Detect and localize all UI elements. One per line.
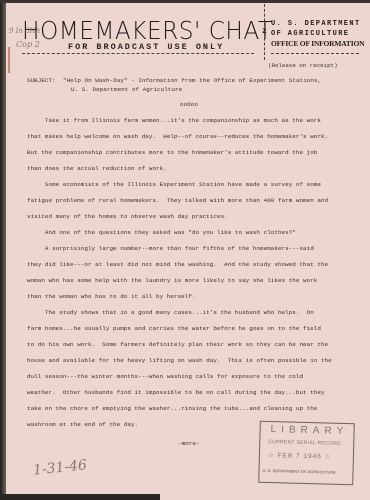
body-line: dull season---the winter months---when w… xyxy=(27,373,303,380)
page-top-edge xyxy=(0,0,370,3)
body-line: visited many of the homes to observe was… xyxy=(27,213,228,220)
masthead-title: HOMEMAKERS' CHAT xyxy=(22,16,273,45)
broadcast-notice: FOR BROADCAST USE ONLY xyxy=(68,42,224,52)
library-stamp: LIBRARY CURRENT SERIAL RECORD ☆ FEB 7 19… xyxy=(258,421,355,485)
body-line: house and available for the heavy liftin… xyxy=(27,357,332,364)
body-line: woman who has some help with the laundry… xyxy=(27,277,317,284)
agency-line-1: U. S. DEPARTMENT xyxy=(271,19,364,29)
z-mark: z xyxy=(262,27,267,36)
subject-label: SUBJECT: xyxy=(27,77,56,84)
body-line: farm homes...he usually pumps and carrie… xyxy=(27,325,321,332)
handwritten-copy-note: Cop 2 xyxy=(16,40,40,49)
separator: ooOoo xyxy=(180,101,198,108)
body-line: that makes help welcome on wash day. Hel… xyxy=(27,133,328,140)
masthead-divider xyxy=(22,53,254,54)
subject-line-2: U. S. Department of Agriculture xyxy=(71,86,182,93)
page-bottom-edge xyxy=(0,494,160,500)
more-marker: -more- xyxy=(178,440,200,447)
body-line: take on the chore of emptying the washer… xyxy=(27,405,317,412)
body-line: weather. Other husbands find it impossib… xyxy=(27,389,325,396)
agency-line-3: OFFICE OF INFORMATION xyxy=(271,39,364,49)
body-line: Some economists of the Illinois Experime… xyxy=(27,181,321,188)
body-line: The study shows that in a good many case… xyxy=(27,309,314,316)
release-note: (Release on receipt) xyxy=(268,62,338,69)
body-line: washroom at the end of the day. xyxy=(27,421,138,428)
body-line: And one of the questions they asked was … xyxy=(27,229,296,236)
body-line: they did like---or at least did not mind… xyxy=(27,261,328,268)
subject-line-1: "Help On Wash-Day" - Information from th… xyxy=(63,77,321,84)
body-line: than does the actual reduction of work. xyxy=(27,165,167,172)
stamp-footer: U. S. DEPARTMENT OF AGRICULTURE xyxy=(262,469,335,475)
margin-pencil-mark xyxy=(8,47,10,73)
body-line: than the woman who has to do it all by h… xyxy=(27,293,196,300)
body-line: But the companionship contributes more t… xyxy=(27,149,317,156)
stamp-serial-record: CURRENT SERIAL RECORD xyxy=(268,439,341,447)
agency-divider xyxy=(271,53,359,54)
body-line: A surprisingly large number--more than f… xyxy=(27,245,314,252)
stamp-title: LIBRARY xyxy=(270,424,348,437)
body-line: to do his own work. Some farmers definit… xyxy=(27,341,328,348)
stamp-date: ☆ FEB 7 1946 ☆ xyxy=(268,451,332,461)
handwritten-call-number: 9 In 3Hh xyxy=(9,27,40,35)
agency-line-2: OF AGRICULTURE xyxy=(271,29,364,39)
agency-block: U. S. DEPARTMENT OF AGRICULTURE OFFICE O… xyxy=(271,19,364,49)
body-line: fatigue problems of rural homemakers. Th… xyxy=(27,197,328,204)
body-line: Take it from Illinois farm women...it's … xyxy=(27,117,321,124)
